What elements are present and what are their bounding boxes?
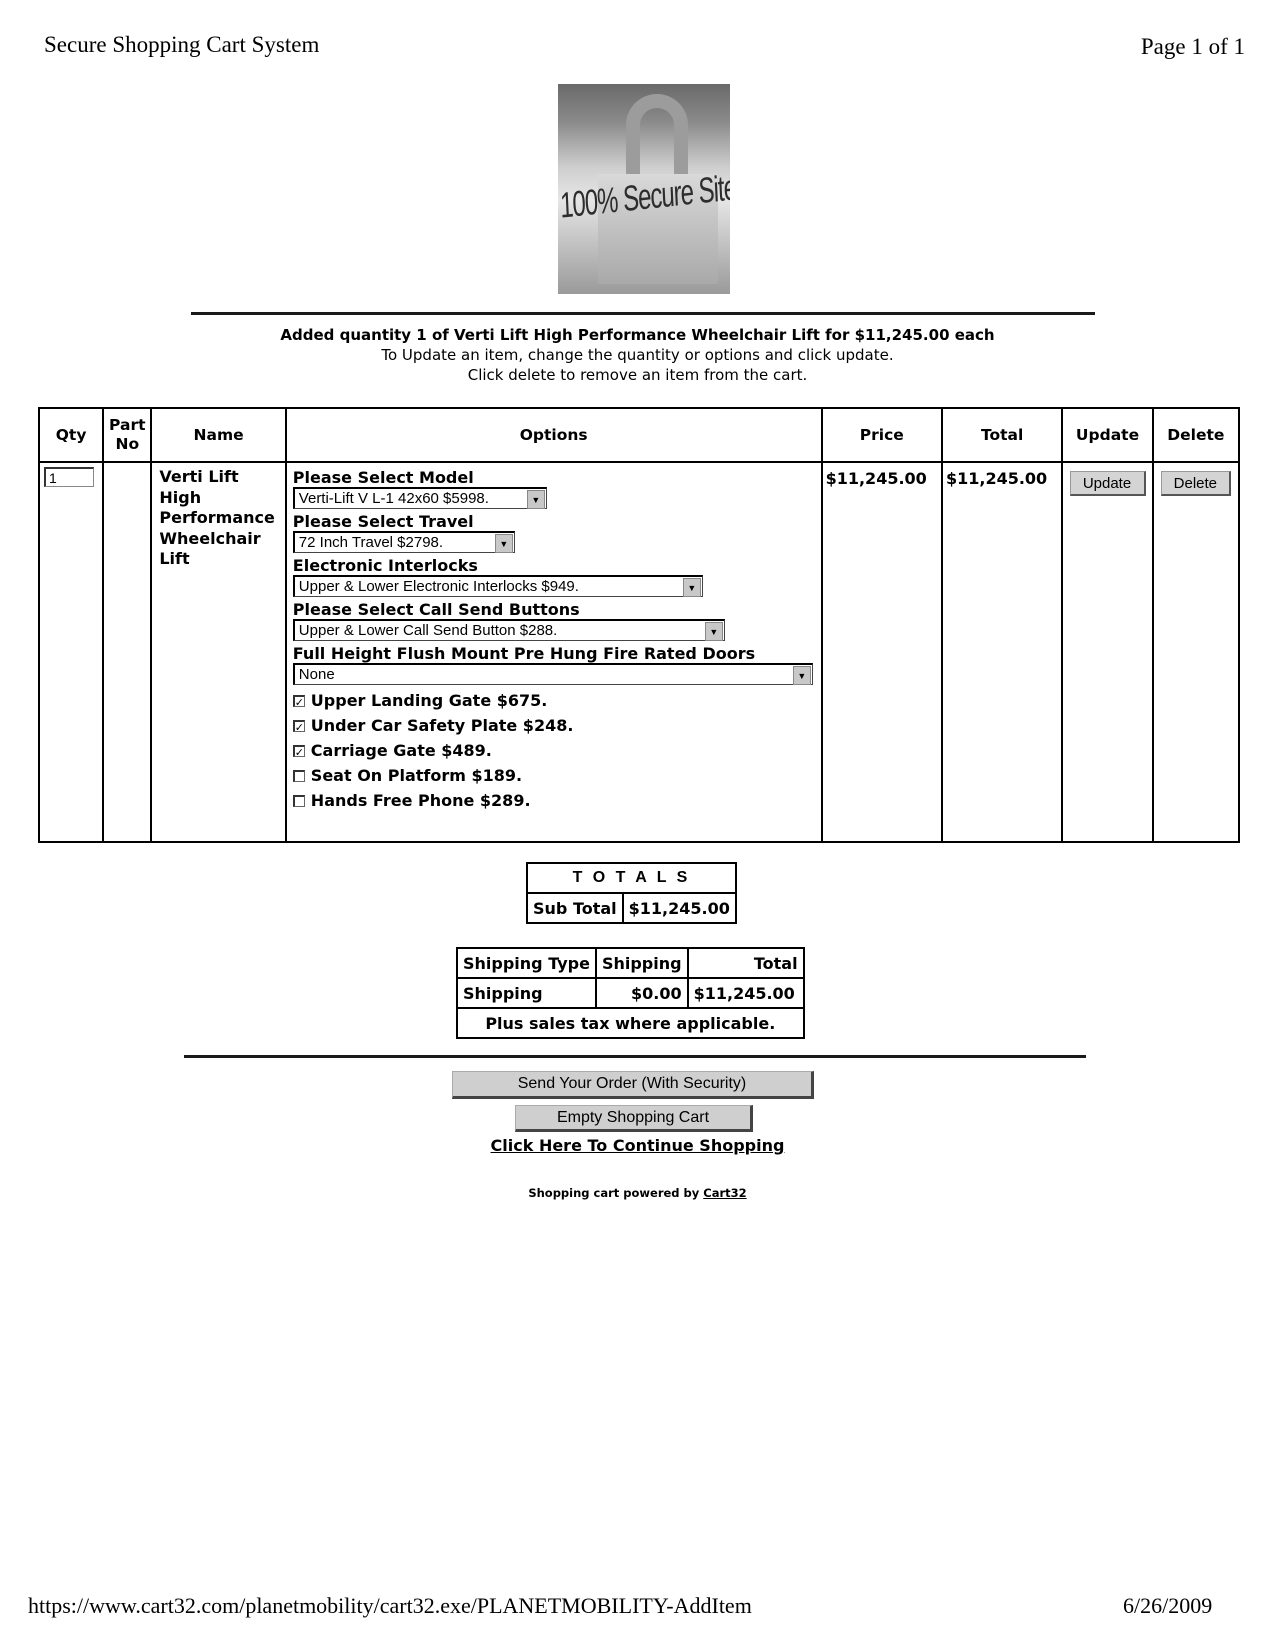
checkbox-checked[interactable]: ✓ xyxy=(293,720,305,732)
footer-date: 6/26/2009 xyxy=(1123,1593,1212,1619)
subtotal-value: $11,245.00 xyxy=(623,893,736,923)
col-update: Update xyxy=(1062,408,1152,462)
checkbox-checked[interactable]: ✓ xyxy=(293,695,305,707)
col-options: Options xyxy=(286,408,822,462)
interlocks-label: Electronic Interlocks xyxy=(293,556,815,575)
checkbox-label: Carriage Gate $489. xyxy=(311,741,492,760)
qty-input[interactable] xyxy=(44,467,94,487)
secure-site-badge: 100% Secure Site xyxy=(558,84,730,294)
item-price: $11,245.00 xyxy=(822,462,942,842)
page-number: Page 1 of 1 xyxy=(1141,34,1245,60)
interlocks-select[interactable]: Upper & Lower Electronic Interlocks $949… xyxy=(293,575,703,597)
cart-header-row: Qty Part No Name Options Price Total Upd… xyxy=(39,408,1239,462)
totals-table: T O T A L S Sub Total $11,245.00 xyxy=(526,862,737,924)
totals-title: T O T A L S xyxy=(527,863,736,893)
travel-select[interactable]: 72 Inch Travel $2798. ▼ xyxy=(293,531,515,553)
col-total: Total xyxy=(942,408,1062,462)
cart-message: Added quantity 1 of Verti Lift High Perf… xyxy=(0,325,1275,385)
option-checkbox-row: ✓Upper Landing Gate $675. xyxy=(293,688,815,713)
checkbox-label: Hands Free Phone $289. xyxy=(311,791,531,810)
checkbox-unchecked[interactable] xyxy=(293,770,305,782)
checkbox-checked[interactable]: ✓ xyxy=(293,745,305,757)
page-header-title: Secure Shopping Cart System xyxy=(44,32,319,58)
option-checkbox-row: ✓Carriage Gate $489. xyxy=(293,738,815,763)
doors-label: Full Height Flush Mount Pre Hung Fire Ra… xyxy=(293,644,815,663)
model-select[interactable]: Verti-Lift V L-1 42x60 $5998. ▼ xyxy=(293,487,547,509)
col-part-no: Part No xyxy=(103,408,151,462)
option-checkbox-row: ✓Under Car Safety Plate $248. xyxy=(293,713,815,738)
shipping-total-header: Total xyxy=(688,948,804,978)
empty-cart-button[interactable]: Empty Shopping Cart xyxy=(515,1105,753,1132)
chevron-down-icon: ▼ xyxy=(683,578,701,597)
send-order-button[interactable]: Send Your Order (With Security) xyxy=(452,1071,814,1099)
checkbox-unchecked[interactable] xyxy=(293,795,305,807)
checkbox-label: Upper Landing Gate $675. xyxy=(311,691,548,710)
divider-bottom xyxy=(184,1055,1086,1058)
chevron-down-icon: ▼ xyxy=(793,666,811,685)
update-instructions: To Update an item, change the quantity o… xyxy=(0,345,1275,365)
options-checkbox-list: ✓Upper Landing Gate $675.✓Under Car Safe… xyxy=(293,688,815,813)
call-send-select[interactable]: Upper & Lower Call Send Button $288. ▼ xyxy=(293,619,725,641)
table-row: Verti Lift High Performance Wheelchair L… xyxy=(39,462,1239,842)
col-price: Price xyxy=(822,408,942,462)
cart-table: Qty Part No Name Options Price Total Upd… xyxy=(38,407,1240,843)
checkbox-label: Under Car Safety Plate $248. xyxy=(311,716,574,735)
doors-select[interactable]: None ▼ xyxy=(293,663,813,685)
col-delete: Delete xyxy=(1153,408,1239,462)
chevron-down-icon: ▼ xyxy=(527,490,545,509)
option-checkbox-row: Hands Free Phone $289. xyxy=(293,788,815,813)
added-message: Added quantity 1 of Verti Lift High Perf… xyxy=(0,325,1275,345)
padlock-icon xyxy=(626,94,688,184)
chevron-down-icon: ▼ xyxy=(495,534,513,553)
powered-by: Shopping cart powered by Cart32 xyxy=(0,1186,1275,1200)
cart32-link[interactable]: Cart32 xyxy=(703,1186,746,1200)
col-qty: Qty xyxy=(39,408,103,462)
divider-top xyxy=(191,312,1095,315)
col-name: Name xyxy=(151,408,285,462)
footer-url: https://www.cart32.com/planetmobility/ca… xyxy=(28,1593,752,1619)
continue-shopping-link[interactable]: Click Here To Continue Shopping xyxy=(0,1136,1275,1155)
shipping-type-header: Shipping Type xyxy=(457,948,596,978)
shipping-total-value: $11,245.00 xyxy=(688,978,804,1008)
option-checkbox-row: Seat On Platform $189. xyxy=(293,763,815,788)
checkbox-label: Seat On Platform $189. xyxy=(311,766,522,785)
delete-button[interactable]: Delete xyxy=(1161,471,1231,496)
sales-tax-note: Plus sales tax where applicable. xyxy=(457,1008,804,1038)
shipping-header: Shipping xyxy=(596,948,688,978)
item-total: $11,245.00 xyxy=(942,462,1062,842)
model-label: Please Select Model xyxy=(293,468,815,487)
shipping-type-value: Shipping xyxy=(457,978,596,1008)
item-name: Verti Lift High Performance Wheelchair L… xyxy=(151,462,285,842)
call-send-label: Please Select Call Send Buttons xyxy=(293,600,815,619)
chevron-down-icon: ▼ xyxy=(705,622,723,641)
options-cell: Please Select Model Verti-Lift V L-1 42x… xyxy=(286,462,822,842)
shipping-table: Shipping Type Shipping Total Shipping $0… xyxy=(456,947,805,1039)
update-button[interactable]: Update xyxy=(1070,471,1146,496)
delete-instructions: Click delete to remove an item from the … xyxy=(0,365,1275,385)
subtotal-label: Sub Total xyxy=(527,893,623,923)
travel-label: Please Select Travel xyxy=(293,512,815,531)
part-no-cell xyxy=(103,462,151,842)
shipping-cost-value: $0.00 xyxy=(596,978,688,1008)
